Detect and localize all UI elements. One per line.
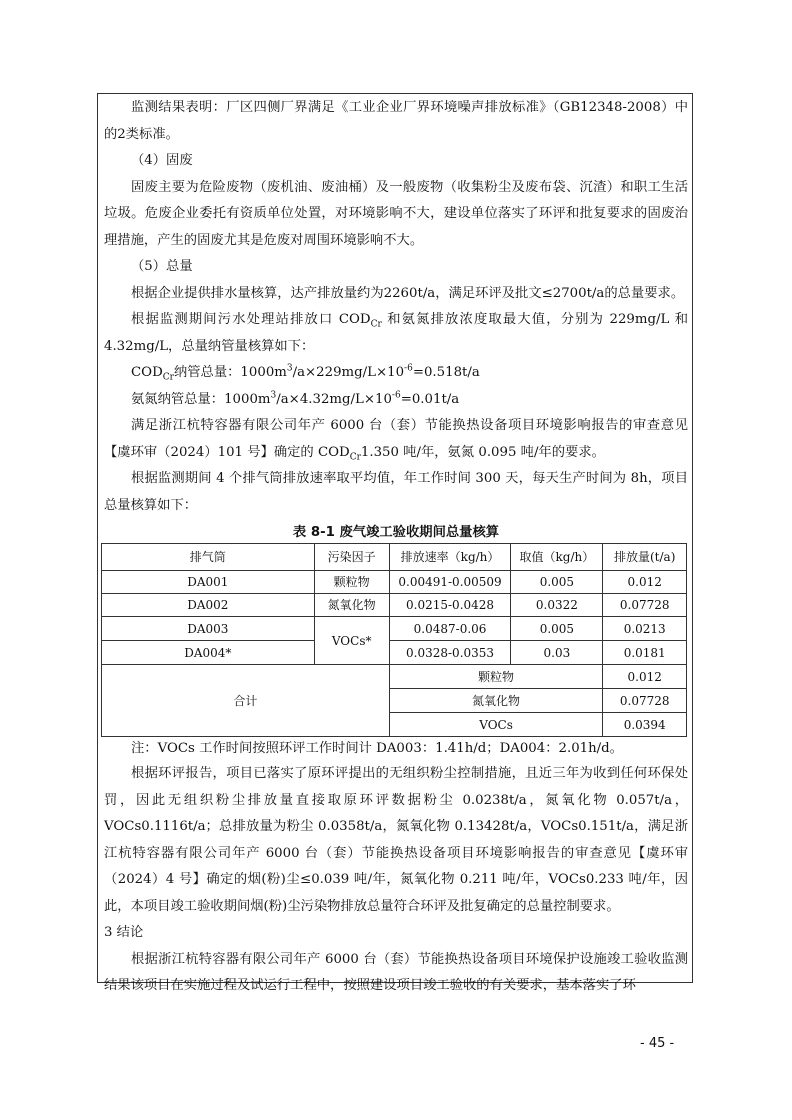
conclusion-heading: 3 结论 xyxy=(104,920,688,947)
table-row: DA004* 0.0328-0.0353 0.03 0.0181 xyxy=(102,641,687,665)
page-number: - 45 - xyxy=(640,1036,674,1051)
total-amount: 0.012 xyxy=(603,665,687,689)
total-amount: 0.0394 xyxy=(603,713,687,737)
cell-amount: 0.012 xyxy=(603,571,687,594)
fugitive-paragraph: 根据环评报告，项目已落实了原环评提出的无组织粉尘控制措施，且近三年为收到任何环保… xyxy=(104,761,688,920)
nh3-formula-result: =0.01t/a xyxy=(401,392,460,407)
cod-formula: CODCr纳管总量：1000m3/a×229mg/L×10-6=0.518t/a xyxy=(104,360,688,387)
total-pollutant: 颗粒物 xyxy=(389,665,603,689)
cell-stack: DA004* xyxy=(102,641,315,665)
cod-formula-result: =0.518t/a xyxy=(413,365,480,380)
header-stack: 排气筒 xyxy=(102,544,315,571)
water-total-paragraph: 根据企业提供排水量核算，达产排放量约为2260t/a，满足环评及批文≤2700t… xyxy=(104,281,688,308)
cell-value: 0.03 xyxy=(511,641,603,665)
table-caption: 表 8-1 废气竣工验收期间总量核算 xyxy=(104,523,688,543)
table-row: DA001 颗粒物 0.00491-0.00509 0.005 0.012 xyxy=(102,571,687,594)
cell-pollutant: 氮氧化物 xyxy=(314,594,389,617)
approval-paragraph: 满足浙江杭特容器有限公司年产 6000 台（套）节能换热设备项目环境影响报告的审… xyxy=(104,413,688,466)
header-value: 取值（kg/h） xyxy=(511,544,603,571)
cod-formula-start: 纳管总量：1000m xyxy=(174,365,287,380)
table-row: DA002 氮氧化物 0.0215-0.0428 0.0322 0.07728 xyxy=(102,594,687,617)
cell-value: 0.005 xyxy=(511,617,603,641)
nh3-formula: 氨氮纳管总量：1000m3/a×4.32mg/L×10-6=0.01t/a xyxy=(104,387,688,414)
emission-total-table: 排气筒 污染因子 排放速率（kg/h） 取值（kg/h） 排放量(t/a) DA… xyxy=(101,543,687,737)
table-note: 注：VOCs 工作时间按照环评工作时间计 DA003：1.41h/d；DA004… xyxy=(104,737,688,761)
total-row: 合计 颗粒物 0.012 xyxy=(102,665,687,689)
nh3-formula-mid: /a×4.32mg/L×10 xyxy=(276,392,392,407)
cod-formula-mid: /a×229mg/L×10 xyxy=(293,365,404,380)
table-row: DA003 VOCs* 0.0487-0.06 0.005 0.0213 xyxy=(102,617,687,641)
cell-amount: 0.07728 xyxy=(603,594,687,617)
solid-waste-paragraph: 固废主要为危险废物（废机油、废油桶）及一般废物（收集粉尘及废布袋、沉渣）和职工生… xyxy=(104,175,688,255)
conclusion-paragraph: 根据浙江杭特容器有限公司年产 6000 台（套）节能换热设备项目环境保护设施竣工… xyxy=(104,947,688,1000)
cell-stack: DA002 xyxy=(102,594,315,617)
header-pollutant: 污染因子 xyxy=(314,544,389,571)
total-heading: （5）总量 xyxy=(104,254,688,281)
document-body: 监测结果表明：厂区四侧厂界满足《工业企业厂界环境噪声排放标准》（GB12348-… xyxy=(104,95,688,1000)
cell-amount: 0.0213 xyxy=(603,617,687,641)
cell-value: 0.005 xyxy=(511,571,603,594)
total-label: 合计 xyxy=(102,665,390,737)
cell-rate: 0.0328-0.0353 xyxy=(389,641,511,665)
approval-sub: Cr xyxy=(350,452,361,462)
approval-post: 1.350 吨/年，氨氮 0.095 吨/年的要求。 xyxy=(361,445,605,460)
nh3-sup-exp: -6 xyxy=(392,390,401,400)
cod-subscript: Cr xyxy=(371,320,382,330)
noise-result-paragraph: 监测结果表明：厂区四侧厂界满足《工业企业厂界环境噪声排放标准》（GB12348-… xyxy=(104,95,688,148)
total-pollutant: VOCs xyxy=(389,713,603,737)
gas-intro-paragraph: 根据监测期间 4 个排气筒排放速率取平均值，年工作时间 300 天，每天生产时间… xyxy=(104,466,688,519)
cod-sup-exp: -6 xyxy=(404,364,413,374)
cod-label-sub: Cr xyxy=(163,373,174,383)
table-header-row: 排气筒 污染因子 排放速率（kg/h） 取值（kg/h） 排放量(t/a) xyxy=(102,544,687,571)
solid-waste-heading: （4）固废 xyxy=(104,148,688,175)
total-amount: 0.07728 xyxy=(603,689,687,713)
cell-pollutant: 颗粒物 xyxy=(314,571,389,594)
cell-stack: DA003 xyxy=(102,617,315,641)
cod-paragraph: 根据监测期间污水处理站排放口 CODCr 和氨氮排放浓度取最大值，分别为 229… xyxy=(104,307,688,360)
cell-pollutant-vocs: VOCs* xyxy=(314,617,389,665)
header-rate: 排放速率（kg/h） xyxy=(389,544,511,571)
cell-stack: DA001 xyxy=(102,571,315,594)
nh3-formula-start: 氨氮纳管总量：1000m xyxy=(131,392,271,407)
cell-value: 0.0322 xyxy=(511,594,603,617)
cod-paragraph-pre: 根据监测期间污水处理站排放口 COD xyxy=(131,312,371,327)
cell-amount: 0.0181 xyxy=(603,641,687,665)
total-pollutant: 氮氧化物 xyxy=(389,689,603,713)
cell-rate: 0.00491-0.00509 xyxy=(389,571,511,594)
cell-rate: 0.0487-0.06 xyxy=(389,617,511,641)
cell-rate: 0.0215-0.0428 xyxy=(389,594,511,617)
cod-label: COD xyxy=(131,365,163,380)
header-amount: 排放量(t/a) xyxy=(603,544,687,571)
